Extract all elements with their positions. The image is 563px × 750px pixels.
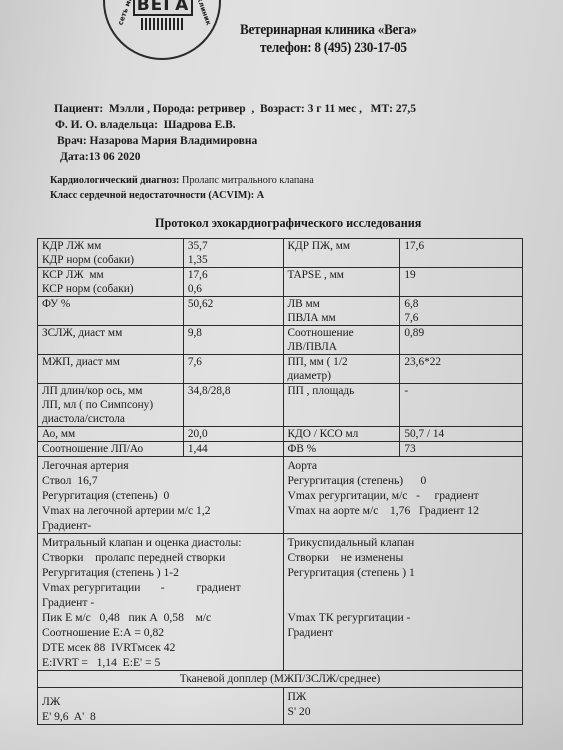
measure-value: 1,44 xyxy=(188,442,279,456)
logo-ring-text-right: х клиник xyxy=(195,0,220,26)
tissue-doppler-lv: ЛЖE' 9,6 A' 8 xyxy=(38,688,284,725)
tricuspid-valve-block: Трикуспидальный клапанСтворки не изменен… xyxy=(283,534,523,671)
measure-label-cell: ФУ % xyxy=(38,297,184,326)
measure-label: МЖП, диаст мм xyxy=(42,355,179,369)
diagnosis-value: Пролапс митрального клапана xyxy=(179,175,313,186)
measure-label-cell: МЖП, диаст мм xyxy=(38,355,184,384)
tissue-doppler-title: Тканевой допплер (МЖП/ЗСЛЖ/среднее) xyxy=(38,671,523,688)
measure-label xyxy=(42,340,179,354)
measure-label-cell: КДО / КСО мл xyxy=(283,427,400,442)
mitral-line: Регургитация (степень ) 1-2 xyxy=(42,565,279,580)
aorta-line: Vmax регургитации, м/с - градиент xyxy=(288,488,519,503)
table-row: ФУ % 50,62ЛВ ммПВЛА мм6,87,6 xyxy=(38,297,523,326)
measure-label-cell: ФВ % xyxy=(283,442,400,457)
measure-value-cell: 73 xyxy=(400,442,523,457)
aorta-line xyxy=(288,518,519,533)
measure-value: 19 xyxy=(404,268,518,282)
measure-label: ЛП длин/кор ось, мм xyxy=(42,384,179,398)
patient-info-line: Пациент: Мэлли , Порода: ретривер , Возр… xyxy=(54,103,416,115)
tricuspid-line: Vmax ТК регургитации - xyxy=(288,610,519,625)
echo-table: КДР ЛЖ ммКДР норм (собаки)35,71,35КДР ПЖ… xyxy=(37,238,523,725)
measure-label: ЛВ мм xyxy=(288,297,396,311)
measure-value: 17,6 xyxy=(404,239,518,253)
measure-label: ПП, мм ( 1/2 xyxy=(288,355,396,369)
measure-value-cell: 0,89 xyxy=(400,326,523,355)
measure-label: КСР норм (собаки) xyxy=(42,282,179,296)
pulmonary-line: Регургитация (степень) 0 xyxy=(42,488,279,503)
measure-label: КДО / КСО мл xyxy=(288,427,396,441)
logo-brand-text: ВЕГА xyxy=(133,0,193,16)
measure-value-cell: - xyxy=(400,384,523,427)
tricuspid-line: Градиент xyxy=(288,625,519,640)
measure-value-cell: 20,0 xyxy=(183,427,283,442)
tricuspid-line: Трикуспидальный клапан xyxy=(288,535,519,550)
mitral-valve-block: Митральный клапан и оценка диастолы:Ство… xyxy=(38,534,284,671)
measure-value: 50,7 / 14 xyxy=(404,427,518,441)
tricuspid-line xyxy=(288,655,519,670)
measure-label: КДР ЛЖ мм xyxy=(42,239,179,253)
measure-label: диаметр) xyxy=(288,369,396,383)
measure-value: 35,7 xyxy=(188,239,279,253)
measure-value: 73 xyxy=(404,442,518,456)
measure-label-cell: TAPSE , мм xyxy=(283,268,400,297)
tricuspid-line: Регургитация (степень ) 1 xyxy=(288,565,519,580)
tissue-doppler-lv-line: E' 9,6 A' 8 xyxy=(42,709,279,724)
measure-value-cell: 50,7 / 14 xyxy=(400,427,523,442)
aorta-line: Регургитация (степень) 0 xyxy=(288,473,519,488)
tissue-doppler-rv-line: ПЖ xyxy=(288,689,519,704)
measure-label: ЗСЛЖ, диаст мм xyxy=(42,326,179,340)
pulmonary-line: Vmax на легочной артерии м/с 1,2 xyxy=(42,503,279,518)
measure-label: диастола/систола xyxy=(42,412,179,426)
measure-value-cell: 9,8 xyxy=(183,326,283,355)
measure-label-cell: ЗСЛЖ, диаст мм xyxy=(38,326,184,355)
mitral-line: E:IVRT = 1,14 E:E' = 5 xyxy=(42,655,279,670)
table-row-vessels: Легочная артерияСтвол 16,7Регургитация (… xyxy=(38,457,523,534)
measure-label-cell: Ао, мм xyxy=(38,427,184,442)
logo-bars-icon xyxy=(141,18,185,30)
table-row-valves: Митральный клапан и оценка диастолы:Ство… xyxy=(38,534,523,671)
measure-label: Соотношение ЛП/Ао xyxy=(42,442,179,456)
measure-value: 0,6 xyxy=(188,282,279,296)
measure-label: ФВ % xyxy=(288,442,396,456)
mitral-line: Градиент - xyxy=(42,595,279,610)
measure-label: ФУ % xyxy=(42,297,179,311)
aorta-line: Аорта xyxy=(288,458,519,473)
measure-label: Ао, мм xyxy=(42,427,179,441)
measure-label xyxy=(42,369,179,383)
measure-label: ПВЛА мм xyxy=(288,311,396,325)
measure-label-cell: КСР ЛЖ ммКСР норм (собаки) xyxy=(38,268,184,297)
measure-label: Соотношение xyxy=(288,326,396,340)
tricuspid-line xyxy=(288,580,519,595)
measure-label-cell: КДР ЛЖ ммКДР норм (собаки) xyxy=(38,239,184,268)
tissue-doppler-lv-line: ЛЖ xyxy=(42,694,279,709)
table-row-tissue-doppler: ЛЖE' 9,6 A' 8 ПЖS' 20 xyxy=(38,688,523,725)
measure-value: 9,8 xyxy=(188,326,279,340)
measure-value: 17,6 xyxy=(188,268,279,282)
aorta-line: Vmax на аорте м/с 1,76 Градиент 12 xyxy=(288,503,519,518)
heart-failure-class: Класс сердечной недостаточности (ACVIM):… xyxy=(50,190,264,201)
measure-label: ЛП, мл ( по Симпсону) xyxy=(42,398,179,412)
measure-value: 7,6 xyxy=(404,311,518,325)
measure-value: 6,8 xyxy=(404,297,518,311)
measure-label-cell: ПП, мм ( 1/2диаметр) xyxy=(283,355,400,384)
clinic-name: Ветеринарная клиника «Вега» xyxy=(240,22,417,39)
measure-value-cell: 50,62 xyxy=(183,297,283,326)
mitral-line: Vmax регургитации - градиент xyxy=(42,580,279,595)
measure-value: 50,62 xyxy=(188,297,279,311)
owner-name: Ф. И. О. владельца: Шадрова Е.В. xyxy=(55,119,236,131)
measure-label-cell: КДР ПЖ, мм xyxy=(283,239,400,268)
measure-label: КДР ПЖ, мм xyxy=(288,239,396,253)
tricuspid-line xyxy=(288,640,519,655)
measure-value-cell: 1,44 xyxy=(183,442,283,457)
table-row: ЛП длин/кор ось, ммЛП, мл ( по Симпсону)… xyxy=(38,384,523,427)
table-row: Соотношение ЛП/Ао1,44ФВ %73 xyxy=(38,442,523,457)
table-row: КСР ЛЖ ммКСР норм (собаки)17,60,6TAPSE ,… xyxy=(38,268,523,297)
mitral-line: Пик Е м/с 0,48 пик А 0,58 м/с xyxy=(42,610,279,625)
measure-label xyxy=(42,311,179,325)
pulmonary-line: Ствол 16,7 xyxy=(42,473,279,488)
measure-value: 34,8/28,8 xyxy=(188,384,279,398)
measure-label: КДР норм (собаки) xyxy=(42,253,179,267)
measure-value: 20,0 xyxy=(188,427,279,441)
mitral-line: Соотношение Е:А = 0,82 xyxy=(42,625,279,640)
measure-label-cell: ПП , площадь xyxy=(283,384,400,427)
measure-label: TAPSE , мм xyxy=(288,268,396,282)
pulmonary-line: Легочная артерия xyxy=(42,458,279,473)
measure-label: КСР ЛЖ мм xyxy=(42,268,179,282)
clinic-logo: ВЕГА сеть мини х клиник xyxy=(103,0,221,60)
measure-label-cell: ЛВ ммПВЛА мм xyxy=(283,297,400,326)
mitral-line: DTE мсек 88 IVRTмсек 42 xyxy=(42,640,279,655)
tissue-doppler-rv: ПЖS' 20 xyxy=(283,688,523,725)
measure-label-cell: Соотношение ЛП/Ао xyxy=(38,442,184,457)
cardiology-diagnosis: Кардиологический диагноз: Пролапс митрал… xyxy=(50,175,314,186)
measure-value-cell: 17,60,6 xyxy=(183,268,283,297)
measure-label: ЛВ/ПВЛА xyxy=(288,340,396,354)
table-row-tissue-doppler-title: Тканевой допплер (МЖП/ЗСЛЖ/среднее) xyxy=(38,671,523,688)
table-row: МЖП, диаст мм 7,6ПП, мм ( 1/2диаметр)23,… xyxy=(38,355,523,384)
table-row: Ао, мм20,0КДО / КСО мл50,7 / 14 xyxy=(38,427,523,442)
tricuspid-line: Створки не изменены xyxy=(288,550,519,565)
pulmonary-line: Градиент- xyxy=(42,518,279,533)
measure-value: 0,89 xyxy=(404,326,518,340)
table-row: ЗСЛЖ, диаст мм 9,8СоотношениеЛВ/ПВЛА0,89 xyxy=(38,326,523,355)
tricuspid-line xyxy=(288,595,519,610)
measure-value: 23,6*22 xyxy=(404,355,518,369)
table-row: КДР ЛЖ ммКДР норм (собаки)35,71,35КДР ПЖ… xyxy=(38,239,523,268)
measure-value-cell: 7,6 xyxy=(183,355,283,384)
mitral-line: Митральный клапан и оценка диастолы: xyxy=(42,535,279,550)
tissue-doppler-rv-line: S' 20 xyxy=(288,704,519,719)
protocol-title: Протокол эхокардиографического исследова… xyxy=(155,216,421,231)
measure-label: ПП , площадь xyxy=(288,384,396,398)
measure-value-cell: 17,6 xyxy=(400,239,523,268)
pulmonary-artery-block: Легочная артерияСтвол 16,7Регургитация (… xyxy=(38,457,284,534)
measure-value-cell: 6,87,6 xyxy=(400,297,523,326)
exam-date: Дата:13 06 2020 xyxy=(60,151,140,163)
measure-value-cell: 19 xyxy=(400,268,523,297)
measure-label-cell: ЛП длин/кор ось, ммЛП, мл ( по Симпсону)… xyxy=(38,384,184,427)
measure-value-cell: 35,71,35 xyxy=(183,239,283,268)
document-page: ВЕГА сеть мини х клиник Ветеринарная кли… xyxy=(0,0,563,750)
doctor-name: Врач: Назарова Мария Владимировна xyxy=(57,135,257,147)
clinic-phone: телефон: 8 (495) 230-17-05 xyxy=(260,40,407,57)
mitral-line: Створки пролапс передней створки xyxy=(42,550,279,565)
measure-value: - xyxy=(404,384,518,398)
measure-value: 7,6 xyxy=(188,355,279,369)
measure-value: 1,35 xyxy=(188,253,279,267)
measure-value-cell: 23,6*22 xyxy=(400,355,523,384)
measure-label-cell: СоотношениеЛВ/ПВЛА xyxy=(283,326,400,355)
measure-value-cell: 34,8/28,8 xyxy=(183,384,283,427)
aorta-block: АортаРегургитация (степень) 0Vmax регург… xyxy=(283,457,523,534)
diagnosis-label: Кардиологический диагноз: xyxy=(50,175,179,186)
